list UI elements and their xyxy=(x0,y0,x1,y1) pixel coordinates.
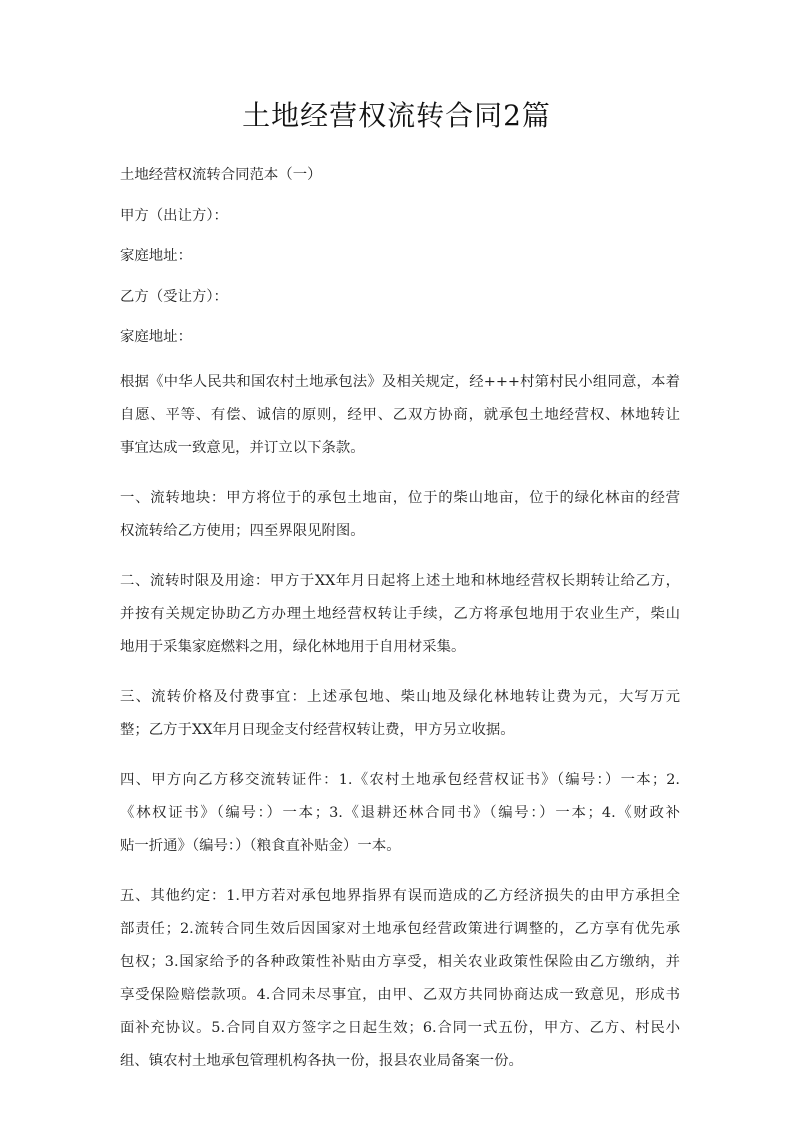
text-line: 包权；3.国家给予的各种政策性补贴由方享受，相关农业政策性保险由乙方缴纳，并 xyxy=(120,946,680,979)
text-line: 面补充协议。5.合同自双方签字之日起生效；6.合同一式五份，甲方、乙方、村民小 xyxy=(120,1012,680,1045)
text-line: 根据《中华人民共和国农村土地承包法》及相关规定，经+++村第村民小组同意，本着 xyxy=(120,366,680,399)
contract-subtitle: 土地经营权流转合同范本（一） xyxy=(120,163,680,187)
text-line: 二、流转时限及用途：甲方于XX年月日起将上述土地和林地经营权长期转让给乙方， xyxy=(120,565,680,598)
party-a-label: 甲方（出让方）： xyxy=(120,204,680,228)
party-a-address-label: 家庭地址： xyxy=(120,244,680,268)
party-b-label: 乙方（受让方）： xyxy=(120,285,680,309)
text-line: 四、甲方向乙方移交流转证件：1.《农村土地承包经营权证书》（编号：）一本；2. xyxy=(120,764,680,797)
text-line: 自愿、平等、有偿、诚信的原则，经甲、乙双方协商，就承包土地经营权、林地转让 xyxy=(120,399,680,432)
text-line: 三、流转价格及付费事宜：上述承包地、柴山地及绿化林地转让费为元，大写万元 xyxy=(120,681,680,714)
text-line: 部责任；2.流转合同生效后因国家对土地承包经营政策进行调整的，乙方享有优先承 xyxy=(120,913,680,946)
text-line: 地用于采集家庭燃料之用，绿化林地用于自用材采集。 xyxy=(120,631,680,664)
text-line: 整；乙方于XX年月日现金支付经营权转让费，甲方另立收据。 xyxy=(120,714,680,747)
text-line: 五、其他约定：1.甲方若对承包地界指界有误而造成的乙方经济损失的由甲方承担全 xyxy=(120,880,680,913)
paragraph-preamble: 根据《中华人民共和国农村土地承包法》及相关规定，经+++村第村民小组同意，本着 … xyxy=(120,366,680,465)
text-line: 贴一折通》（编号：）（粮食直补贴金）一本。 xyxy=(120,830,680,863)
text-line: 并按有关规定协助乙方办理土地经营权转让手续，乙方将承包地用于农业生产，柴山 xyxy=(120,598,680,631)
paragraph-clause-4: 四、甲方向乙方移交流转证件：1.《农村土地承包经营权证书》（编号：）一本；2. … xyxy=(120,764,680,863)
text-line: 组、镇农村土地承包管理机构各执一份，报县农业局备案一份。 xyxy=(120,1045,680,1078)
text-line: 权流转给乙方使用；四至界限见附图。 xyxy=(120,515,680,548)
document-body: 土地经营权流转合同范本（一） 甲方（出让方）： 家庭地址： 乙方（受让方）： 家… xyxy=(120,163,680,1095)
paragraph-clause-5: 五、其他约定：1.甲方若对承包地界指界有误而造成的乙方经济损失的由甲方承担全 部… xyxy=(120,880,680,1078)
text-line: 事宜达成一致意见，并订立以下条款。 xyxy=(120,432,680,465)
text-line: 一、流转地块：甲方将位于的承包土地亩，位于的柴山地亩，位于的绿化林亩的经营 xyxy=(120,482,680,515)
paragraph-clause-3: 三、流转价格及付费事宜：上述承包地、柴山地及绿化林地转让费为元，大写万元 整；乙… xyxy=(120,681,680,747)
text-line: 《林权证书》（编号：）一本；3.《退耕还林合同书》（编号：）一本；4.《财政补 xyxy=(120,797,680,830)
paragraph-clause-1: 一、流转地块：甲方将位于的承包土地亩，位于的柴山地亩，位于的绿化林亩的经营 权流… xyxy=(120,482,680,548)
paragraph-clause-2: 二、流转时限及用途：甲方于XX年月日起将上述土地和林地经营权长期转让给乙方， 并… xyxy=(120,565,680,664)
document-page: 土地经营权流转合同2篇 土地经营权流转合同范本（一） 甲方（出让方）： 家庭地址… xyxy=(0,0,793,1122)
party-b-address-label: 家庭地址： xyxy=(120,325,680,349)
text-line: 享受保险赔偿款项。4.合同未尽事宜，由甲、乙双方共同协商达成一致意见，形成书 xyxy=(120,979,680,1012)
document-title: 土地经营权流转合同2篇 xyxy=(0,96,793,136)
